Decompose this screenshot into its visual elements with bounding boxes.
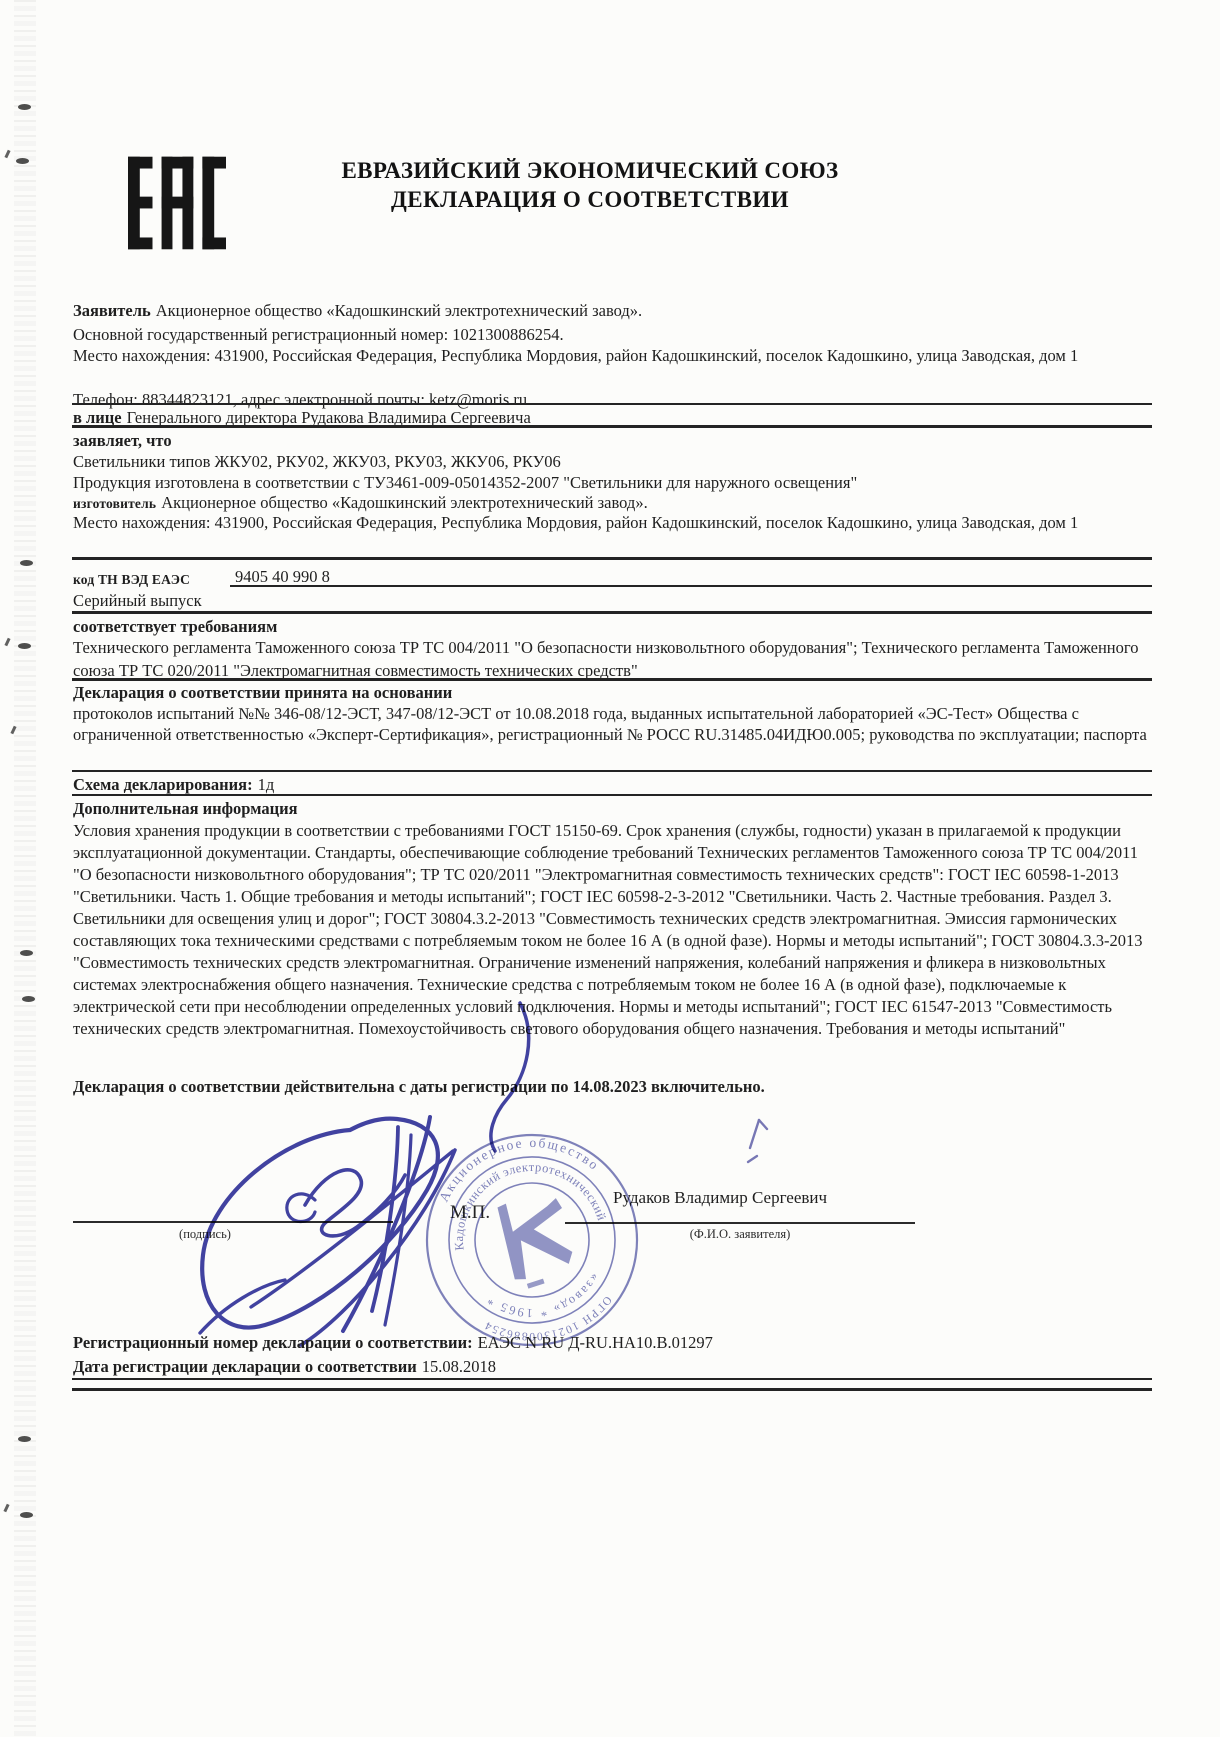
scan-speck [20,950,33,956]
tu-line: Продукция изготовлена в соответствии с Т… [73,472,1152,494]
scan-speck [18,1436,31,1442]
manufacturer-name: Акционерное общество «Кадошкинский элект… [161,493,647,512]
signer-name-caption: (Ф.И.О. заявителя) [625,1227,855,1242]
handwritten-signature [165,995,575,1365]
scheme-line: Схема декларирования:1д [73,774,1152,796]
divider-rule [72,1378,1152,1380]
scan-speck [3,1504,9,1513]
pen-check-mark [745,1116,773,1168]
scan-speck [4,150,10,159]
registration-number-value: ЕАЭС N RU Д-RU.НА10.В.01297 [478,1333,713,1352]
scheme-value: 1д [258,775,275,794]
applicant-label: Заявитель [73,301,151,320]
registration-date-line: Дата регистрации декларации о соответств… [73,1356,1152,1378]
registration-date-label: Дата регистрации декларации о соответств… [73,1357,417,1376]
scheme-label: Схема декларирования: [73,775,253,794]
manufacturer-address: Место нахождения: 431900, Российская Фед… [73,512,1152,534]
title-union: ЕВРАЗИЙСКИЙ ЭКОНОМИЧЕСКИЙ СОЮЗ [258,156,922,185]
scan-speck [4,638,10,647]
additional-label: Дополнительная информация [73,798,1152,820]
title-declaration: ДЕКЛАРАЦИЯ О СООТВЕТСТВИИ [258,185,922,214]
scan-speck [20,1512,33,1518]
divider-rule [72,770,1152,772]
tnved-underline [230,585,1152,587]
scan-speck [18,643,31,649]
applicant-name: Акционерное общество «Кадошкинский элект… [156,301,642,320]
compliance-text: Технического регламента Таможенного союз… [73,637,1152,682]
scan-speck [18,104,31,110]
registration-number-label: Регистрационный номер декларации о соотв… [73,1333,473,1352]
divider-rule [72,794,1152,796]
registration-number-line: Регистрационный номер декларации о соотв… [73,1332,1152,1354]
basis-text: протоколов испытаний №№ 346-08/12-ЭСТ, 3… [73,703,1152,745]
serial-line: Серийный выпуск [73,590,1152,612]
document-page: ЕВРАЗИЙСКИЙ ЭКОНОМИЧЕСКИЙ СОЮЗ ДЕКЛАРАЦИ… [0,0,1220,1737]
applicant-line: ЗаявительАкционерное общество «Кадошкинс… [73,300,1152,322]
ogrn-line: Основной государственный регистрационный… [73,324,1152,346]
declares-label: заявляет, что [73,430,1152,452]
registration-date-value: 15.08.2018 [422,1357,496,1376]
tnved-row: код ТН ВЭД ЕАЭС 9405 40 990 8 [73,568,1152,591]
scan-speck [22,996,35,1002]
tnved-label: код ТН ВЭД ЕАЭС [73,572,190,587]
divider-rule [72,678,1152,681]
divider-rule [72,557,1152,560]
applicant-address: Место нахождения: 431900, Российская Фед… [73,345,1152,367]
eac-logo-icon [128,152,226,254]
divider-rule [72,425,1152,428]
product-line: Светильники типов ЖКУ02, РКУ02, ЖКУ03, Р… [73,451,1152,473]
compliance-label: соответствует требованиям [73,616,1152,638]
basis-label: Декларация о соответствии принята на осн… [73,682,1152,704]
divider-rule [72,403,1152,405]
scan-speck [16,158,29,164]
manufacturer-label: изготовитель [73,496,156,511]
scan-edge-artifact [14,0,36,1737]
page-title: ЕВРАЗИЙСКИЙ ЭКОНОМИЧЕСКИЙ СОЮЗ ДЕКЛАРАЦИ… [258,156,922,214]
divider-rule [72,1388,1152,1391]
divider-rule [72,611,1152,614]
scan-speck [20,560,33,566]
